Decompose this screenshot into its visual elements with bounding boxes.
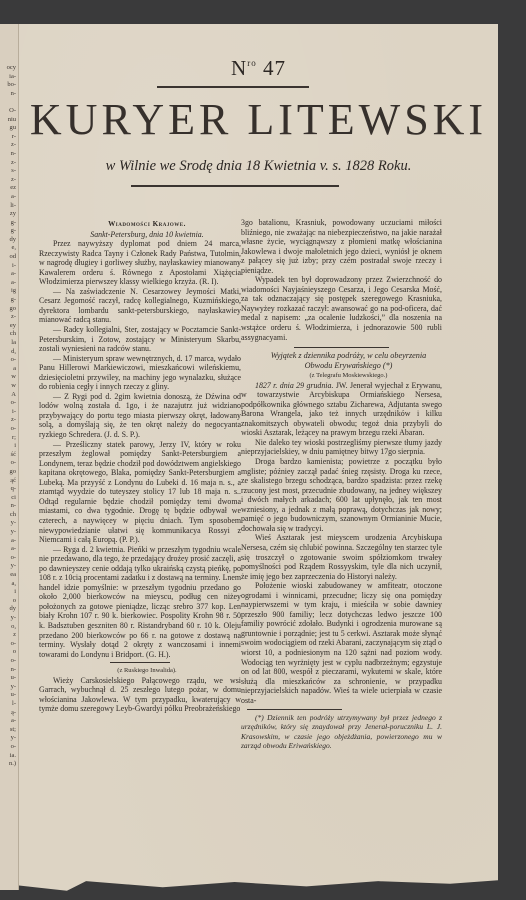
paragraph: — Ministeryum spraw wewnętrznych, d. 17 … xyxy=(39,354,241,392)
paragraph: Wieś Asztarak jest mieyscem urodzenia Ar… xyxy=(241,533,442,581)
divider xyxy=(110,662,170,663)
section-title: Wiadomości Krajowe. xyxy=(39,220,241,230)
right-column: 3go batalionu, Krasniuk, powodowany uczu… xyxy=(241,218,442,750)
footnote: (*) Dziennik ten podróży utrzymywany był… xyxy=(241,713,442,750)
paragraph: Droga bardzo kamienista; powietrze z poc… xyxy=(241,457,442,533)
header-rule-bottom xyxy=(131,185,339,187)
paragraph: Przez naywyższy dyplomat pod dniem 24 ma… xyxy=(39,239,241,287)
paragraph: — Na zaświadczenie N. Cesarzowey Jeymośc… xyxy=(39,287,241,325)
newspaper-page: Nro 47 KURYER LITEWSKI w Wilnie we Srodę… xyxy=(19,24,498,896)
number-suffix: ro xyxy=(247,58,257,68)
paragraph: Wypadek ten był doprowadzony przez Zwier… xyxy=(241,275,442,342)
divider xyxy=(294,347,389,348)
article-source: (z Telegrafu Moskiewskiego.) xyxy=(241,371,442,381)
left-column: Wiadomości Krajowe. Sankt-Petersburg, dn… xyxy=(39,220,241,714)
paragraph: 3go batalionu, Krasniuk, powodowany uczu… xyxy=(241,218,442,275)
paragraph: 1827 r. dnia 29 grudnia. JW. Jenerał wyj… xyxy=(241,381,442,438)
number-value: 47 xyxy=(263,56,286,80)
paragraph: Wieży Carskosielskiego Pałącowego rządu,… xyxy=(39,676,241,714)
issue-number: Nro 47 xyxy=(19,56,498,81)
article-date: 1827 r. dnia 29 grudnia. xyxy=(255,381,333,390)
article-title-line2: Obwodu Erywańskiego (*) xyxy=(241,361,442,371)
paragraph: Położenie wioski zabudowaney w amfiteatr… xyxy=(241,581,442,705)
paragraph: — Z Rygi pod d. 2gim kwietnia donoszą, ż… xyxy=(39,392,241,440)
paragraph: — Prześliczny statek parowy, Jerzy IV, k… xyxy=(39,440,241,545)
paragraph: Nie daleko tey wioski postrzegliśmy pier… xyxy=(241,438,442,457)
source-note: (z Ruskiego Inwalida). xyxy=(39,666,241,676)
paragraph: — Ryga d. 2 kwietnia. Pieńki w przeszłym… xyxy=(39,545,241,660)
number-prefix: N xyxy=(231,56,247,80)
header-rule-top xyxy=(157,86,309,88)
paragraph: — Radcy kollegialni, Ster, zostający w P… xyxy=(39,325,241,354)
date-heading: Sankt-Petersburg, dnia 10 kwietnia. xyxy=(39,230,241,240)
masthead-title: KURYER LITEWSKI xyxy=(19,94,498,145)
previous-page-text: ocy ia- bo- n- O- niu gu r- z- n- z- s- … xyxy=(0,24,18,769)
article-title-line1: Wyjątek z dziennika podróży, w celu obey… xyxy=(241,351,442,361)
footnote-divider xyxy=(247,709,342,710)
masthead-dateline: w Wilnie we Srodę dnia 18 Kwietnia v. s.… xyxy=(19,158,498,175)
previous-page-edge: ocy ia- bo- n- O- niu gu r- z- n- z- s- … xyxy=(0,24,19,890)
